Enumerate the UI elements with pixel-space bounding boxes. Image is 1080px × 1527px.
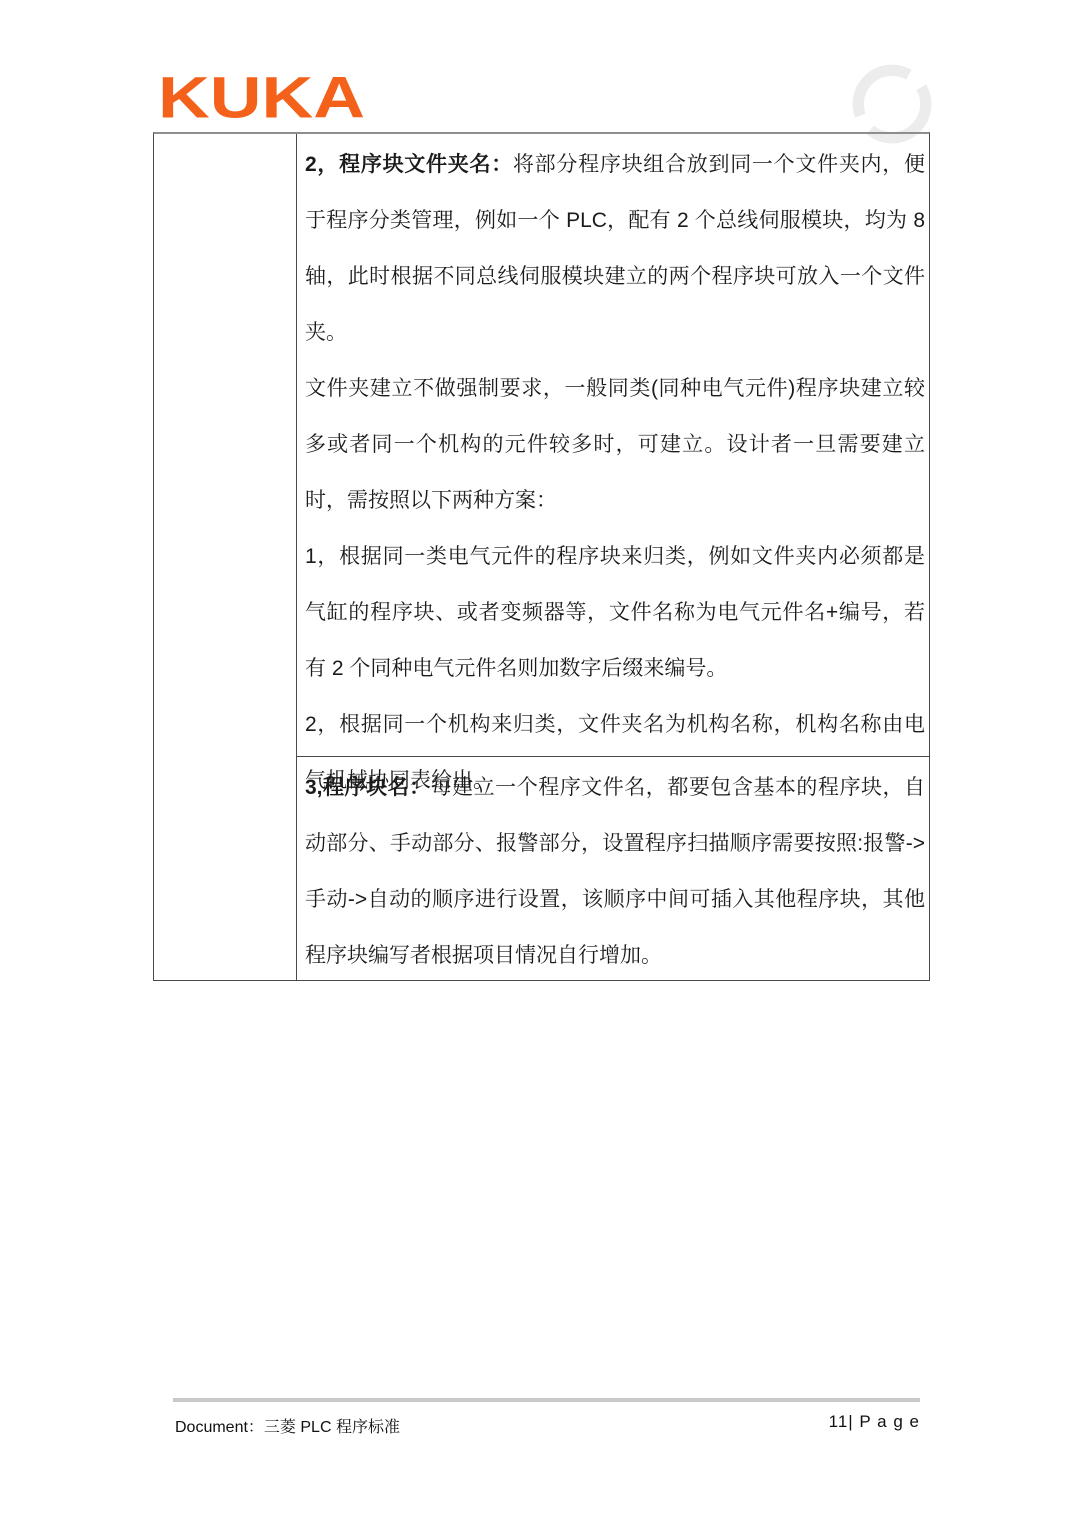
footer-page-number: 11| P a g e	[829, 1412, 920, 1432]
footer-document-label: Document：三菱 PLC 程序标准	[175, 1414, 400, 1437]
paragraph-folder-name-heading: 2，程序块文件夹名：	[305, 153, 513, 176]
table-cell-block-naming: 3,程序块名：每建立一个程序文件名，都要包含基本的程序块，自动部分、手动部分、报…	[297, 757, 929, 984]
table-cell-empty	[154, 134, 297, 980]
paragraph-folder-rule: 文件夹建立不做强制要求，一般同类(同种电气元件)程序块建立较多或者同一个机构的元…	[305, 361, 925, 529]
footer-divider	[173, 1398, 920, 1402]
document-page: KUKA 2，程序块文件夹名：将部分程序块组合放到同一个文件夹内，便于程序分类管…	[0, 0, 1080, 1527]
content-table: 2，程序块文件夹名：将部分程序块组合放到同一个文件夹内，便于程序分类管理，例如一…	[153, 132, 930, 981]
paragraph-folder-name: 2，程序块文件夹名：将部分程序块组合放到同一个文件夹内，便于程序分类管理，例如一…	[305, 137, 925, 361]
paragraph-block-name: 3,程序块名：每建立一个程序文件名，都要包含基本的程序块，自动部分、手动部分、报…	[305, 760, 925, 984]
kuka-logo: KUKA	[158, 68, 365, 127]
table-right-column: 2，程序块文件夹名：将部分程序块组合放到同一个文件夹内，便于程序分类管理，例如一…	[297, 134, 929, 980]
paragraph-block-name-heading: 3,程序块名：	[305, 776, 431, 799]
table-cell-folder-naming: 2，程序块文件夹名：将部分程序块组合放到同一个文件夹内，便于程序分类管理，例如一…	[297, 134, 929, 757]
paragraph-scheme-1: 1，根据同一类电气元件的程序块来归类，例如文件夹内必须都是气缸的程序块、或者变频…	[305, 529, 925, 697]
